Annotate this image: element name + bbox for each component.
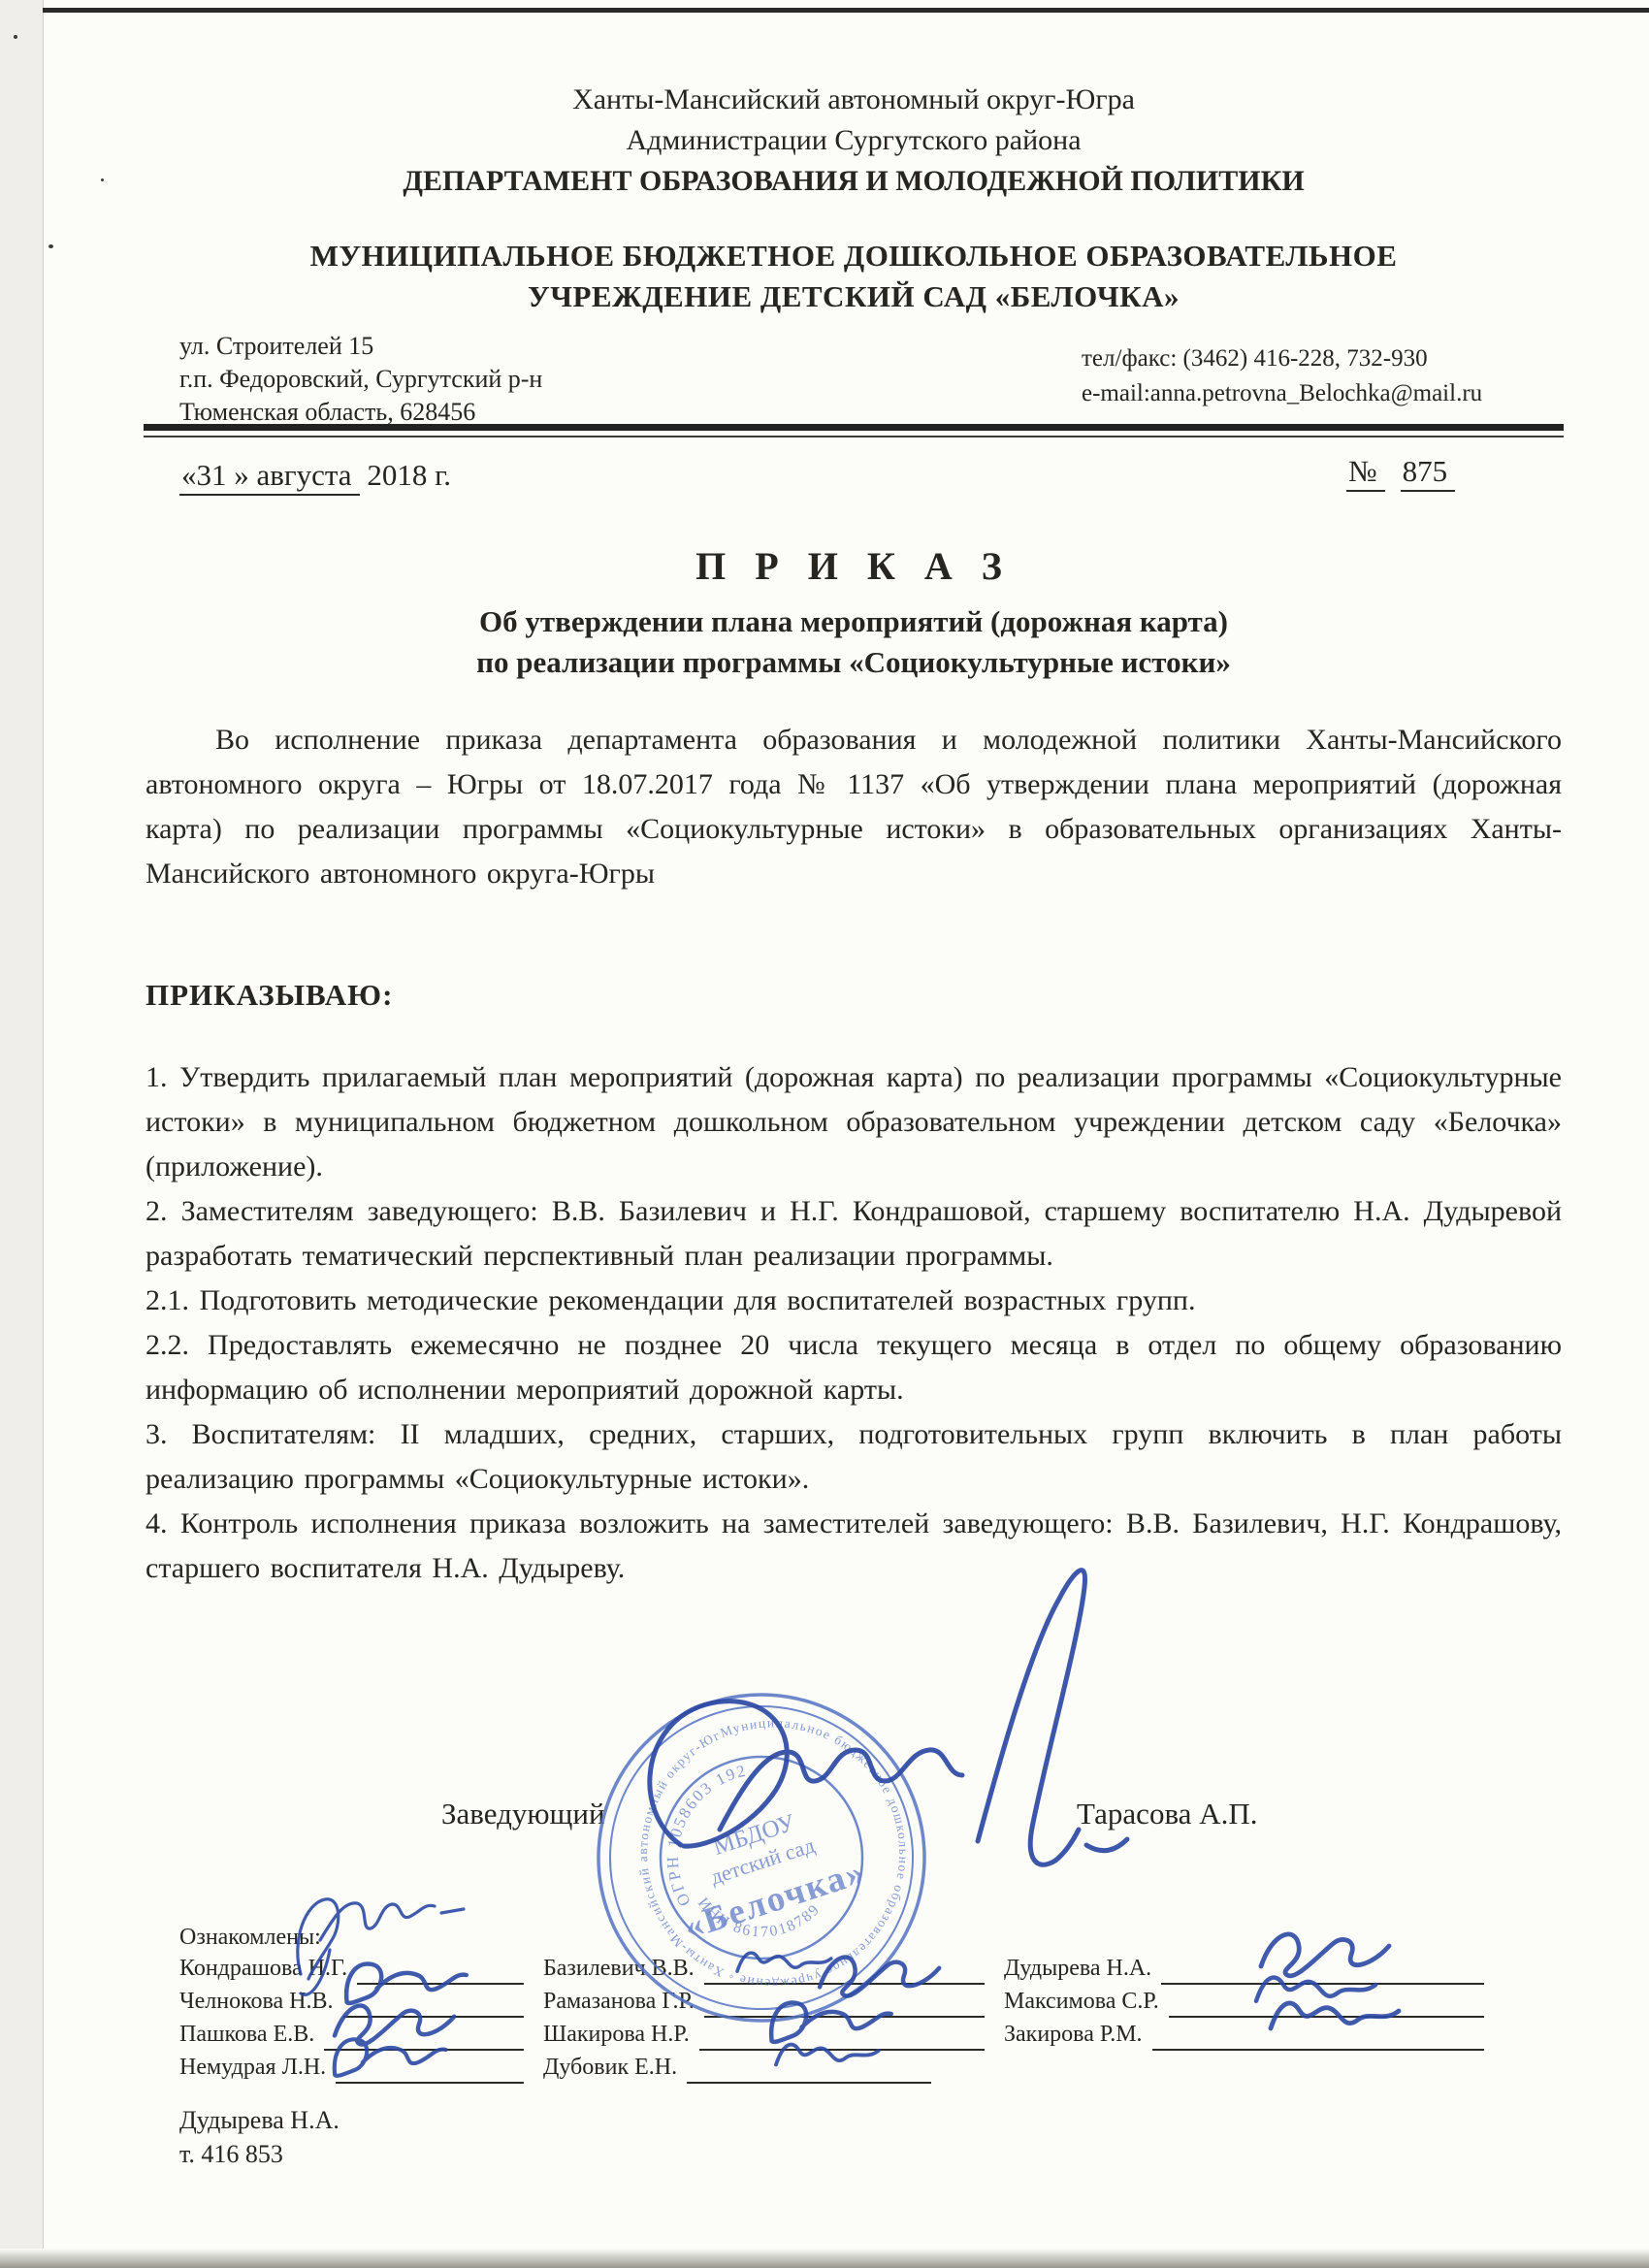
date-year: 2018 г. [367,458,451,492]
ack-entry: Дубовик Е.Н. [543,2051,931,2084]
ack-entry: Пашкова Е.В. [179,2018,524,2051]
ack-entry: Дудырева Н.А. [1004,1952,1484,1985]
org-name-line2: УЧРЕЖДЕНИЕ ДЕТСКИЙ САД «БЕЛОЧКА» [145,276,1562,317]
signer-name: Тарасова А.П. [1077,1797,1257,1831]
org-name-line1: МУНИЦИПАЛЬНОЕ БЮДЖЕТНОЕ ДОШКОЛЬНОЕ ОБРАЗ… [145,236,1562,276]
signature-line [704,1977,985,1985]
signature-line [357,1977,524,1985]
order-item-2-1: 2.1. Подготовить методические рекомендац… [145,1279,1562,1323]
date-value: «31 » августа [179,458,360,496]
letterhead-region-line2: Администрации Сургутского района [145,120,1562,161]
signature-line [704,2010,985,2018]
scan-edge-bottom [0,2249,1649,2268]
order-item-2: 2. Заместителям заведующего: В.В. Базиле… [145,1189,1562,1279]
number-sign: № [1346,454,1385,492]
ack-entry: Базилевич В.В. [543,1952,985,1985]
ack-row: Немудрая Л.Н. Дубовик Е.Н. [179,2051,1499,2084]
ack-entry: Максимова С.Р. [1004,1985,1484,2018]
order-item-3: 3. Воспитателям: II младших, средних, ст… [145,1412,1562,1502]
scanned-order-document: { "letterhead": { "region_line1": "Ханты… [0,0,1649,2268]
ack-entry: Рамазанова Г.Р. [543,1985,985,2018]
order-title: П Р И К А З [145,543,1562,589]
email: e-mail:anna.petrovna_Belochka@mail.ru [1082,376,1482,411]
doc-number: №875 [1346,454,1455,489]
signature-line [1161,1977,1484,1985]
ack-row: Челнокова Н.В. Рамазанова Г.Р. Максимова… [179,1985,1499,2018]
scan-edge-left [0,0,44,2268]
order-item-2-2: 2.2. Предоставлять ежемесячно не позднее… [145,1323,1562,1412]
ack-row: Кондрашова Н.Г. Базилевич В.В. Дудырева … [179,1952,1499,1985]
signer-role: Заведующий [441,1797,605,1831]
preamble-paragraph: Во исполнение приказа департамента образ… [145,718,1562,896]
scan-speck [14,35,17,39]
signature-line [1152,2043,1484,2051]
acknowledged-list: Кондрашова Н.Г. Базилевич В.В. Дудырева … [179,1952,1499,2084]
signature-line [687,2076,931,2084]
ack-entry: Немудрая Л.Н. [179,2051,524,2084]
signature-line [336,2076,524,2084]
letterhead-rule-thick [144,424,1564,431]
ack-row: Пашкова Е.В. Шакирова Н.Р. Закирова Р.М. [179,2018,1499,2051]
acknowledged-label: Ознакомлены: [179,1921,321,1954]
number-value: 875 [1401,454,1456,492]
order-item-1: 1. Утвердить прилагаемый план мероприяти… [145,1055,1562,1189]
ack-entry: Шакирова Н.Р. [543,2018,985,2051]
address-street: ул. Строителей 15 [179,330,542,363]
address-settlement: г.п. Федоровский, Сургутский р-н [179,363,542,396]
signature-line [324,2043,524,2051]
date-line: «31 » августа 2018 г. [179,458,451,493]
order-subject-line2: по реализации программы «Социокультурные… [145,642,1562,683]
scan-speck [48,244,53,248]
signature-line [699,2043,985,2051]
letterhead-department: ДЕПАРТАМЕНТ ОБРАЗОВАНИЯ И МОЛОДЕЖНОЙ ПОЛ… [145,161,1562,202]
signature-line [1169,2010,1484,2018]
ack-entry: Закирова Р.М. [1004,2018,1484,2051]
letterhead-rule-thin [144,436,1564,437]
phone-fax: тел/факс: (3462) 416-228, 732-930 [1082,341,1482,376]
footer-contact: Дудырева Н.А. т. 416 853 [179,2103,339,2171]
decree-word: ПРИКАЗЫВАЮ: [145,978,393,1013]
ack-entry: Кондрашова Н.Г. [179,1952,524,1985]
footer-contact-name: Дудырева Н.А. [179,2103,339,2137]
scan-edge-top [43,8,1649,13]
letterhead-region-line1: Ханты-Мансийский автономный округ-Югра [145,80,1562,120]
footer-contact-phone: т. 416 853 [179,2137,339,2171]
scan-speck [101,178,104,181]
order-item-4: 4. Контроль исполнения приказа возложить… [145,1502,1562,1591]
address-block: ул. Строителей 15 г.п. Федоровский, Сург… [179,330,542,429]
order-subject-line1: Об утверждении плана мероприятий (дорожн… [145,601,1562,642]
contact-block: тел/факс: (3462) 416-228, 732-930 e-mail… [1082,341,1482,411]
ack-entry: Челнокова Н.В. [179,1985,524,2018]
signature-line [343,2010,524,2018]
order-items: 1. Утвердить прилагаемый план мероприяти… [145,1055,1562,1591]
